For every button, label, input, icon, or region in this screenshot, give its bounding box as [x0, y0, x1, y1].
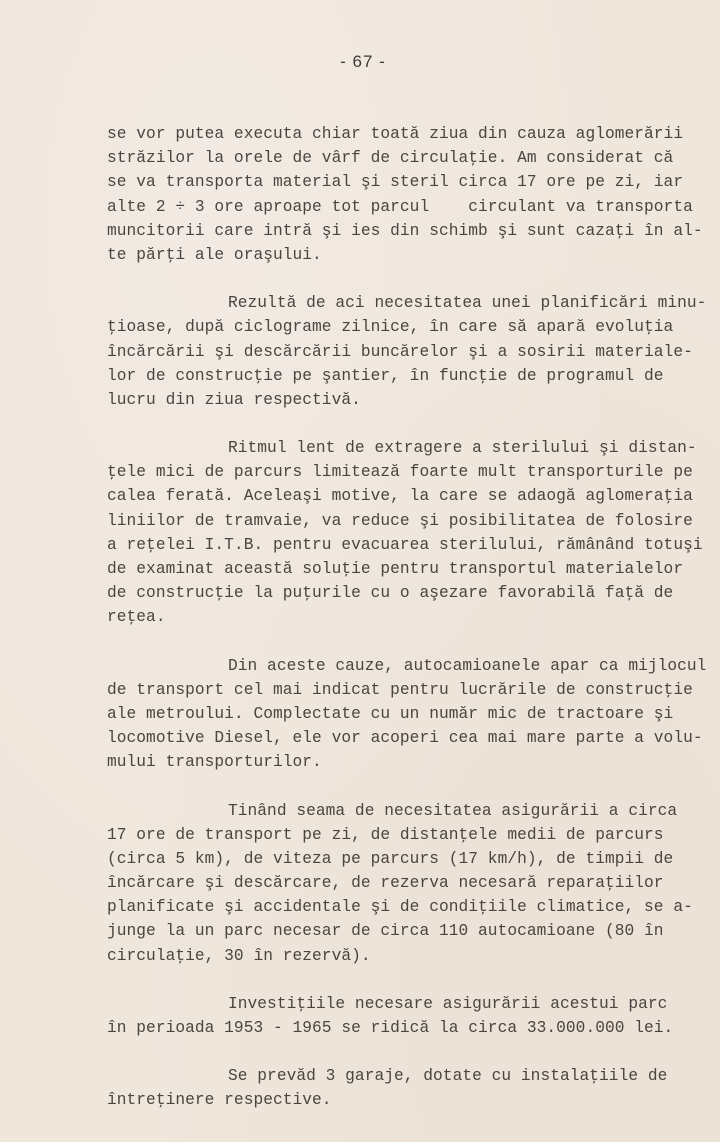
text-line: (circa 5 km), de viteza pe parcurs (17 k…: [107, 847, 717, 871]
text-line: de construcţie la puţurile cu o aşezare …: [107, 581, 717, 605]
text-line: se va transporta material şi steril circ…: [107, 170, 717, 194]
body-text: se vor putea executa chiar toată ziua di…: [107, 122, 717, 1113]
paragraph-6: Investiţiile necesare asigurării acestui…: [107, 992, 717, 1040]
text-line: întreţinere respective.: [107, 1088, 717, 1112]
text-line: mului transporturilor.: [107, 750, 717, 774]
paragraph-gap: [107, 412, 717, 436]
paragraph-3: Ritmul lent de extragere a sterilului şi…: [107, 436, 717, 630]
text-line: ale metroului. Complectate cu un număr m…: [107, 702, 717, 726]
paragraph-2: Rezultă de aci necesitatea unei planific…: [107, 291, 717, 412]
text-line: 17 ore de transport pe zi, de distanţele…: [107, 823, 717, 847]
document-page: - 67 - se vor putea executa chiar toată …: [0, 0, 720, 1142]
text-line: încărcării şi descărcării buncărelor şi …: [107, 340, 717, 364]
text-line: locomotive Diesel, ele vor acoperi cea m…: [107, 726, 717, 750]
text-line: alte 2 ÷ 3 ore aproape tot parcul circul…: [107, 195, 717, 219]
text-line: lucru din ziua respectivă.: [107, 388, 717, 412]
text-line: planificate şi accidentale şi de condiţi…: [107, 895, 717, 919]
text-line: se vor putea executa chiar toată ziua di…: [107, 122, 717, 146]
text-line: ţele mici de parcurs limitează foarte mu…: [107, 460, 717, 484]
text-line: Tinând seama de necesitatea asigurării a…: [107, 799, 717, 823]
paragraph-1: se vor putea executa chiar toată ziua di…: [107, 122, 717, 267]
text-line: te părţi ale oraşului.: [107, 243, 717, 267]
text-line: de examinat această soluţie pentru trans…: [107, 557, 717, 581]
text-line: Din aceste cauze, autocamioanele apar ca…: [107, 654, 717, 678]
text-line: muncitorii care intră şi ies din schimb …: [107, 219, 717, 243]
text-line: în perioada 1953 - 1965 se ridică la cir…: [107, 1016, 717, 1040]
paragraph-4: Din aceste cauze, autocamioanele apar ca…: [107, 654, 717, 775]
text-line: Ritmul lent de extragere a sterilului şi…: [107, 436, 717, 460]
paragraph-5: Tinând seama de necesitatea asigurării a…: [107, 799, 717, 968]
text-line: a reţelei I.T.B. pentru evacuarea steril…: [107, 533, 717, 557]
text-line: circulaţie, 30 în rezervă).: [107, 944, 717, 968]
text-line: reţea.: [107, 605, 717, 629]
paragraph-gap: [107, 968, 717, 992]
text-line: Investiţiile necesare asigurării acestui…: [107, 992, 717, 1016]
page-number: - 67 -: [0, 52, 720, 72]
paragraph-gap: [107, 1040, 717, 1064]
text-line: liniilor de tramvaie, va reduce şi posib…: [107, 509, 717, 533]
text-line: ţioase, după ciclograme zilnice, în care…: [107, 315, 717, 339]
paragraph-gap: [107, 630, 717, 654]
text-line: lor de construcţie pe şantier, în funcţi…: [107, 364, 717, 388]
text-line: calea ferată. Aceleaşi motive, la care s…: [107, 484, 717, 508]
paragraph-gap: [107, 775, 717, 799]
text-line: junge la un parc necesar de circa 110 au…: [107, 919, 717, 943]
text-line: încărcare şi descărcare, de rezerva nece…: [107, 871, 717, 895]
text-line: de transport cel mai indicat pentru lucr…: [107, 678, 717, 702]
paragraph-gap: [107, 267, 717, 291]
paragraph-7: Se prevăd 3 garaje, dotate cu instalaţii…: [107, 1064, 717, 1112]
text-line: străzilor la orele de vârf de circulaţie…: [107, 146, 717, 170]
text-line: Se prevăd 3 garaje, dotate cu instalaţii…: [107, 1064, 717, 1088]
text-line: Rezultă de aci necesitatea unei planific…: [107, 291, 717, 315]
